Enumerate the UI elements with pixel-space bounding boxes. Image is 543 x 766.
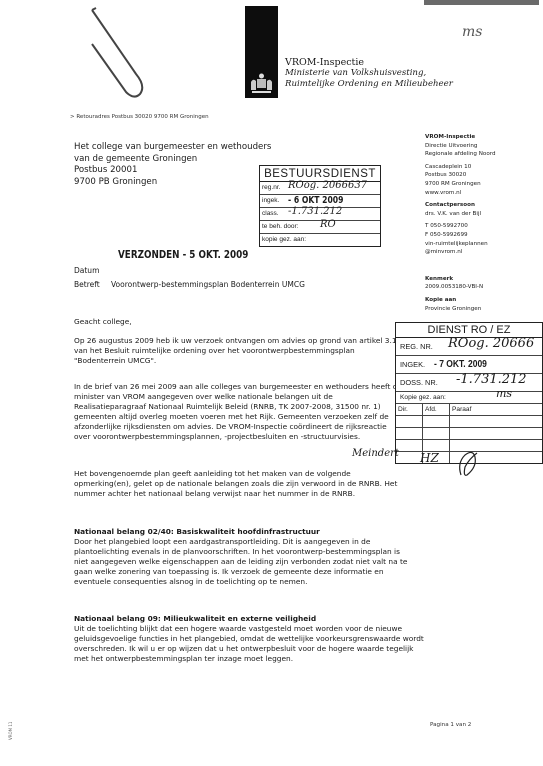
recipient-address: Het college van burgemeester en wethoude… <box>74 142 271 188</box>
kopie-value: Provincie Groningen <box>425 305 540 314</box>
section-heading-02-40: Nationaal belang 02/40: Basiskwaliteit h… <box>74 527 409 537</box>
sender-column: VROM-Inspectie Directie Uitvoering Regio… <box>425 133 540 313</box>
handwritten-mark: HZ <box>420 451 439 465</box>
recipient-line-3: Postbus 20001 <box>74 165 271 177</box>
paragraph-2-text: In de brief van 26 mei 2009 aan alle col… <box>74 382 404 442</box>
section-heading-09: Nationaal belang 09: Milieukwaliteit en … <box>74 614 424 624</box>
stamp2-doss-value: -1.731.212 <box>456 371 527 388</box>
ministry-line-1: Ministerie van Volkshuisvesting, <box>285 68 453 79</box>
salutation-text: Geacht college, <box>74 317 409 327</box>
sender-addr-2: Postbus 30020 <box>425 171 540 180</box>
contact-name: drs. V.K. van der Bijl <box>425 210 540 219</box>
stamp-kopie-label: kopie gez. aan: <box>262 236 306 243</box>
section-09: Nationaal belang 09: Milieukwaliteit en … <box>74 614 424 664</box>
scan-edge-artifact <box>424 0 539 5</box>
contact-email-1: vin-ruimtelijkeplannen <box>425 240 540 249</box>
stamp-class-value: -1.731.212 <box>288 206 342 218</box>
col-afd: Afd. <box>423 404 450 416</box>
sender-addr-1: Cascadeplein 10 <box>425 163 540 172</box>
stamp2-reg-label: REG. NR. <box>400 342 433 351</box>
organization-name: VROM-Inspectie <box>285 57 453 68</box>
col-dir: Dir. <box>396 404 423 416</box>
paraaf-signature-icon <box>455 449 481 479</box>
contact-fax: F 050-5992699 <box>425 231 540 240</box>
sender-dept-1: Directie Uitvoering <box>425 142 540 151</box>
vertical-form-code: VROM 11 <box>8 722 13 740</box>
paragraph-1-text: Op 26 augustus 2009 heb ik uw verzoek on… <box>74 336 404 366</box>
kenmerk-label: Kenmerk <box>425 275 540 284</box>
salutation: Geacht college, <box>74 317 409 327</box>
stamp2-reg-row: REG. NR. ROog. 20666 <box>396 338 542 356</box>
stamp2-ingek-label: INGEK. <box>400 360 425 369</box>
section-text-02-40: Door het plangebied loopt een aardgastra… <box>74 537 409 587</box>
section-text-09: Uit de toelichting blijkt dat een hogere… <box>74 624 424 664</box>
verzonden-stamp: VERZONDEN - 5 OKT. 2009 <box>118 248 248 261</box>
handwritten-initials: ms <box>462 24 482 40</box>
stamp2-doss-row: DOSS. NR. -1.731.212 <box>396 374 542 392</box>
contact-phone: T 050-5992700 <box>425 222 540 231</box>
paragraph-2: In de brief van 26 mei 2009 aan alle col… <box>74 382 404 442</box>
stamp-class-label: class. <box>262 210 279 217</box>
datum-label: Datum <box>74 266 99 275</box>
section-02-40: Nationaal belang 02/40: Basiskwaliteit h… <box>74 527 409 587</box>
bestuursdienst-stamp: BESTUURSDIENST reg.nr. ROog. 2066637 ing… <box>259 165 381 247</box>
paragraph-3-text: Het bovengenoemde plan geeft aanleiding … <box>74 469 409 499</box>
betreft-value: Voorontwerp-bestemmingsplan Bodenterrein… <box>111 280 305 289</box>
stamp-beh-row: te beh. door: RO <box>260 221 380 234</box>
paragraph-1: Op 26 augustus 2009 heb ik uw verzoek on… <box>74 336 404 366</box>
sender-website: www.vrom.nl <box>425 189 540 198</box>
kopie-label: Kopie aan <box>425 296 540 305</box>
stamp2-reg-value: ROog. 20666 <box>448 335 534 352</box>
contact-email-2: @minvrom.nl <box>425 248 540 257</box>
government-logo <box>245 6 278 98</box>
sender-dept-2: Regionale afdeling Noord <box>425 150 540 159</box>
stamp-kopie-row: kopie gez. aan: <box>260 234 380 246</box>
col-paraaf: Paraaf <box>450 404 543 416</box>
ministry-line-2: Ruimtelijke Ordening en Milieubeheer <box>285 79 453 90</box>
sender-addr-3: 9700 RM Groningen <box>425 180 540 189</box>
dienst-ro-ez-stamp: DIENST RO / EZ REG. NR. ROog. 20666 INGE… <box>395 322 543 464</box>
paperclip-icon <box>88 4 158 104</box>
letterhead-brand: VROM-Inspectie Ministerie van Volkshuisv… <box>285 57 453 90</box>
recipient-line-4: 9700 PB Groningen <box>74 177 271 189</box>
paragraph-3: Het bovengenoemde plan geeft aanleiding … <box>74 469 409 499</box>
stamp-beh-label: te beh. door: <box>262 223 299 230</box>
stamp2-kopie-value: ms <box>496 388 512 399</box>
stamp2-kopie-row: Kopie gez. aan: ms <box>396 392 542 404</box>
return-address: > Retouradres Postbus 30020 9700 RM Gron… <box>70 114 209 120</box>
betreft-label: Betreft <box>74 280 100 289</box>
stamp2-doss-label: DOSS. NR. <box>400 378 438 387</box>
contact-label: Contactpersoon <box>425 201 540 210</box>
kenmerk-value: 2009.0053180-VBI-N <box>425 283 540 292</box>
stamp-ingek-label: ingek. <box>262 197 279 204</box>
stamp-reg-row: reg.nr. ROog. 2066637 <box>260 182 380 195</box>
stamp-reg-label: reg.nr. <box>262 184 280 191</box>
recipient-line-2: van de gemeente Groningen <box>74 154 271 166</box>
stamp-reg-value: ROog. 2066637 <box>288 180 367 192</box>
handwritten-name: Meindert <box>352 448 399 459</box>
coat-of-arms-icon <box>249 72 274 94</box>
page-number: Pagina 1 van 2 <box>430 722 471 728</box>
recipient-line-1: Het college van burgemeester en wethoude… <box>74 142 271 154</box>
stamp2-kopie-label: Kopie gez. aan: <box>400 394 446 401</box>
stamp-beh-value: RO <box>320 219 336 231</box>
sender-org: VROM-Inspectie <box>425 133 540 142</box>
